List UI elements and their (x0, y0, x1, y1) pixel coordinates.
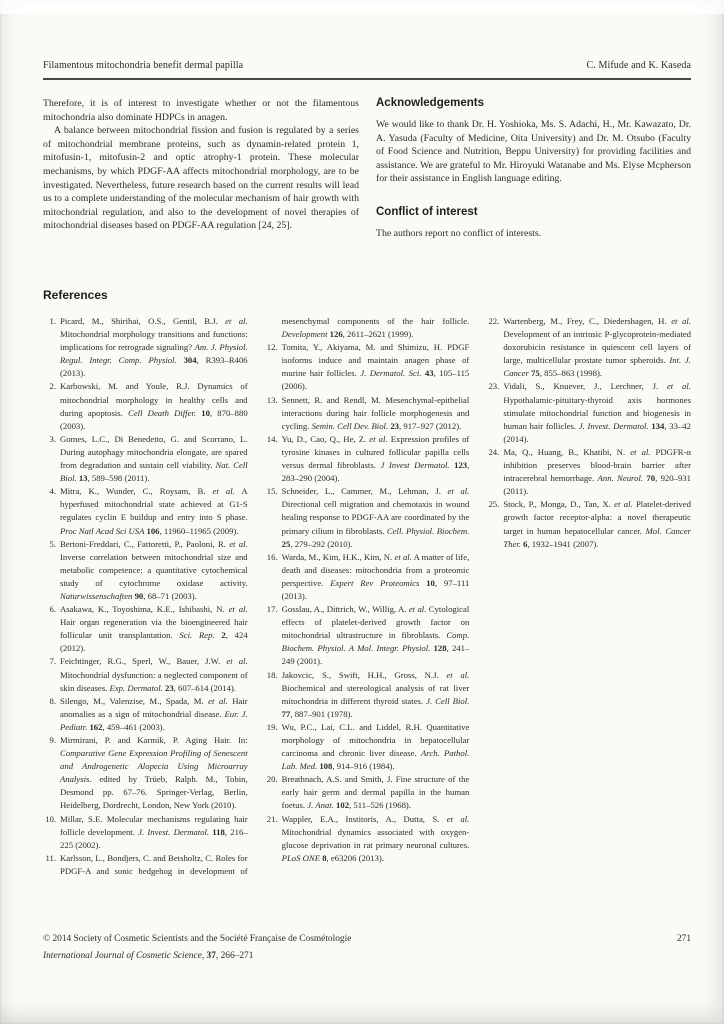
reference-item: 8.Silengo, M., Valenzise, M., Spada, M. … (43, 695, 248, 734)
reference-item: 17.Gosslau, A., Dittrich, W., Willig, A.… (265, 603, 470, 668)
reference-number: 23. (486, 380, 499, 393)
reference-number: 5. (43, 538, 56, 551)
reference-item: 9.Mirmirani, P. and Karmik, P. Aging Hai… (43, 734, 248, 813)
conflict-text: The authors report no conflict of intere… (376, 227, 691, 241)
reference-item: 22.Wartenberg, M., Frey, C., Diedershage… (486, 315, 691, 380)
reference-item: 15.Schneider, L., Cammer, M., Lehman, J.… (265, 485, 470, 550)
reference-number: 9. (43, 734, 56, 747)
reference-number: 1. (43, 315, 56, 328)
reference-number: 20. (265, 773, 278, 786)
reference-item: 25.Stock, P., Monga, D., Tan, X. et al. … (486, 498, 691, 550)
running-title: Filamentous mitochondria benefit dermal … (43, 60, 243, 71)
reference-number: 7. (43, 655, 56, 668)
right-column: Acknowledgements We would like to thank … (376, 97, 691, 241)
acknowledgements-section: Acknowledgements We would like to thank … (376, 97, 691, 186)
body-paragraph: Therefore, it is of interest to investig… (43, 97, 359, 124)
reference-number: 21. (265, 813, 278, 826)
reference-number: 14. (265, 433, 278, 446)
reference-item: 19.Wu, P.C., Lai, C.L. and Liddel, R.H. … (265, 721, 470, 773)
reference-number: 18. (265, 669, 278, 682)
journal-name: International Journal of Cosmetic Scienc… (43, 951, 204, 961)
reference-number: 16. (265, 551, 278, 564)
journal-volume: 37 (207, 951, 216, 961)
reference-number: 10. (43, 813, 56, 826)
reference-item: 16.Warda, M., Kim, H.K., Kim, N. et al. … (265, 551, 470, 603)
reference-number: 17. (265, 603, 278, 616)
left-column: Therefore, it is of interest to investig… (43, 97, 359, 241)
reference-item: 14.Yu, D., Cao, Q., He, Z. et al. Expres… (265, 433, 470, 485)
top-body: Therefore, it is of interest to investig… (43, 97, 691, 241)
reference-number: 25. (486, 498, 499, 511)
reference-number: 6. (43, 603, 56, 616)
reference-number: 24. (486, 446, 499, 459)
reference-number: 19. (265, 721, 278, 734)
reference-item: 5.Bertoni-Freddari, C., Fattoretti, P., … (43, 538, 248, 603)
acknowledgements-text: We would like to thank Dr. H. Yoshioka, … (376, 118, 691, 186)
reference-number: 11. (43, 852, 56, 865)
reference-number: 2. (43, 380, 56, 393)
references-heading: References (43, 288, 691, 302)
reference-number: 15. (265, 485, 278, 498)
reference-item: 10.Millar, S.E. Molecular mechanisms reg… (43, 813, 248, 852)
reference-item: 7.Feichtinger, R.G., Sperl, W., Bauer, J… (43, 655, 248, 694)
body-paragraph: A balance between mitochondrial fission … (43, 124, 359, 233)
reference-item: 20.Breathnach, A.S. and Smith, J. Fine s… (265, 773, 470, 812)
reference-item: 12.Tomita, Y., Akiyama, M. and Shimizu, … (265, 341, 470, 393)
reference-item: 23.Vidali, S., Knuever, J., Lerchner, J.… (486, 380, 691, 445)
reference-number: 3. (43, 433, 56, 446)
reference-item: 21.Wappler, E.A., Institoris, A., Dutta,… (265, 813, 470, 865)
running-head: Filamentous mitochondria benefit dermal … (43, 60, 691, 80)
page-footer: © 2014 Society of Cosmetic Scientists an… (43, 931, 691, 965)
reference-item: 4.Mitra, K., Wunder, C., Roysam, B. et a… (43, 485, 248, 537)
reference-number: 8. (43, 695, 56, 708)
reference-item: 18.Jakovcic, S., Swift, H.H., Gross, N.J… (265, 669, 470, 721)
journal-pages: , 266–271 (216, 951, 254, 961)
reference-item: 24.Ma, Q., Huang, B., Khatibi, N. et al.… (486, 446, 691, 498)
acknowledgements-heading: Acknowledgements (376, 97, 691, 109)
references-list: 1.Picard, M., Shirihai, O.S., Gentil, B.… (43, 315, 691, 887)
running-authors: C. Mifude and K. Kaseda (587, 60, 692, 71)
journal-page: Filamentous mitochondria benefit dermal … (0, 0, 724, 1024)
reference-number: 4. (43, 485, 56, 498)
copyright-line: © 2014 Society of Cosmetic Scientists an… (43, 931, 351, 948)
conflict-heading: Conflict of interest (376, 206, 691, 218)
journal-citation-line: International Journal of Cosmetic Scienc… (43, 948, 691, 965)
reference-item: 6.Asakawa, K., Toyoshima, K.E., Ishibash… (43, 603, 248, 655)
references-section: References 1.Picard, M., Shirihai, O.S.,… (43, 288, 691, 887)
reference-item: 13.Sennett, R. and Rendl, M. Mesenchymal… (265, 394, 470, 433)
page-number: 271 (677, 931, 691, 948)
reference-number: 22. (486, 315, 499, 328)
reference-item: 2.Karbowski, M. and Youle, R.J. Dynamics… (43, 380, 248, 432)
reference-number: 13. (265, 394, 278, 407)
reference-item: 1.Picard, M., Shirihai, O.S., Gentil, B.… (43, 315, 248, 380)
reference-number: 12. (265, 341, 278, 354)
conflict-of-interest-section: Conflict of interest The authors report … (376, 206, 691, 241)
reference-item: 3.Gomes, L.C., Di Benedetto, G. and Scor… (43, 433, 248, 485)
